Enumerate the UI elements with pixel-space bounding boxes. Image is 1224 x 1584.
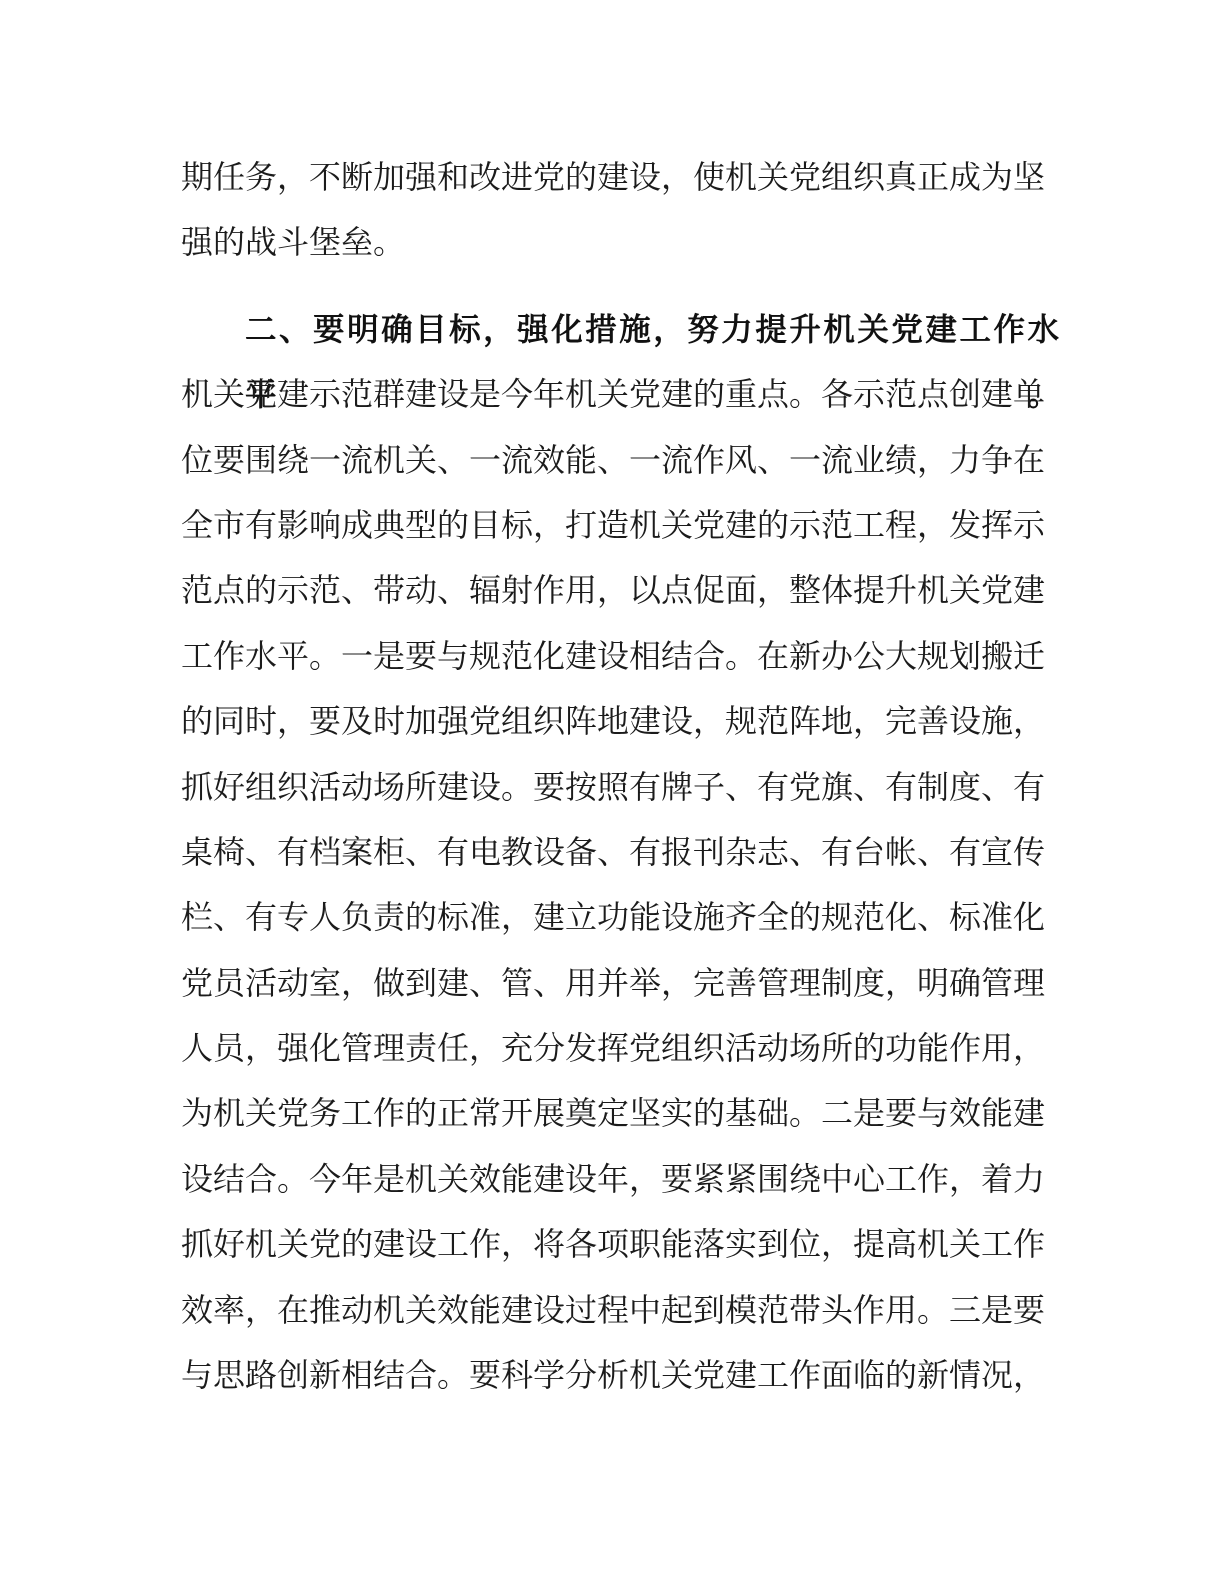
text-line: 全市有影响成典型的目标，打造机关党建的示范工程，发挥示 [181, 493, 1045, 558]
text-line: 与思路创新相结合。要科学分析机关党建工作面临的新情况， [181, 1343, 1045, 1408]
text-line: 为机关党务工作的正常开展奠定坚实的基础。二是要与效能建 [181, 1081, 1045, 1146]
text-line: 强的战斗堡垒。 [181, 210, 1045, 275]
text-line: 机关党建示范群建设是今年机关党建的重点。各示范点创建单 [181, 362, 1045, 427]
text-line: 人员，强化管理责任，充分发挥党组织活动场所的功能作用， [181, 1016, 1045, 1081]
document-page: 期任务，不断加强和改进党的建设，使机关党组织真正成为坚强的战斗堡垒。二、要明确目… [0, 0, 1224, 1584]
text-line: 桌椅、有档案柜、有电教设备、有报刊杂志、有台帐、有宣传 [181, 820, 1045, 885]
text-line: 的同时，要及时加强党组织阵地建设，规范阵地，完善设施， [181, 689, 1045, 754]
text-line: 抓好机关党的建设工作，将各项职能落实到位，提高机关工作 [181, 1212, 1045, 1277]
text-line: 抓好组织活动场所建设。要按照有牌子、有党旗、有制度、有 [181, 755, 1045, 820]
text-line: 位要围绕一流机关、一流效能、一流作风、一流业绩，力争在 [181, 428, 1045, 493]
text-line: 期任务，不断加强和改进党的建设，使机关党组织真正成为坚 [181, 145, 1045, 210]
document-text-block: 期任务，不断加强和改进党的建设，使机关党组织真正成为坚强的战斗堡垒。二、要明确目… [181, 145, 1045, 1408]
section-heading: 二、要明确目标，强化措施，努力提升机关党建工作水平。 [245, 297, 1059, 362]
text-line: 党员活动室，做到建、管、用并举，完善管理制度，明确管理 [181, 951, 1045, 1016]
text-line: 设结合。今年是机关效能建设年，要紧紧围绕中心工作，着力 [181, 1147, 1045, 1212]
text-line: 范点的示范、带动、辐射作用，以点促面，整体提升机关党建 [181, 558, 1045, 623]
text-line: 栏、有专人负责的标准，建立功能设施齐全的规范化、标准化 [181, 885, 1045, 950]
text-line: 效率，在推动机关效能建设过程中起到模范带头作用。三是要 [181, 1278, 1045, 1343]
text-line: 工作水平。一是要与规范化建设相结合。在新办公大规划搬迁 [181, 624, 1045, 689]
